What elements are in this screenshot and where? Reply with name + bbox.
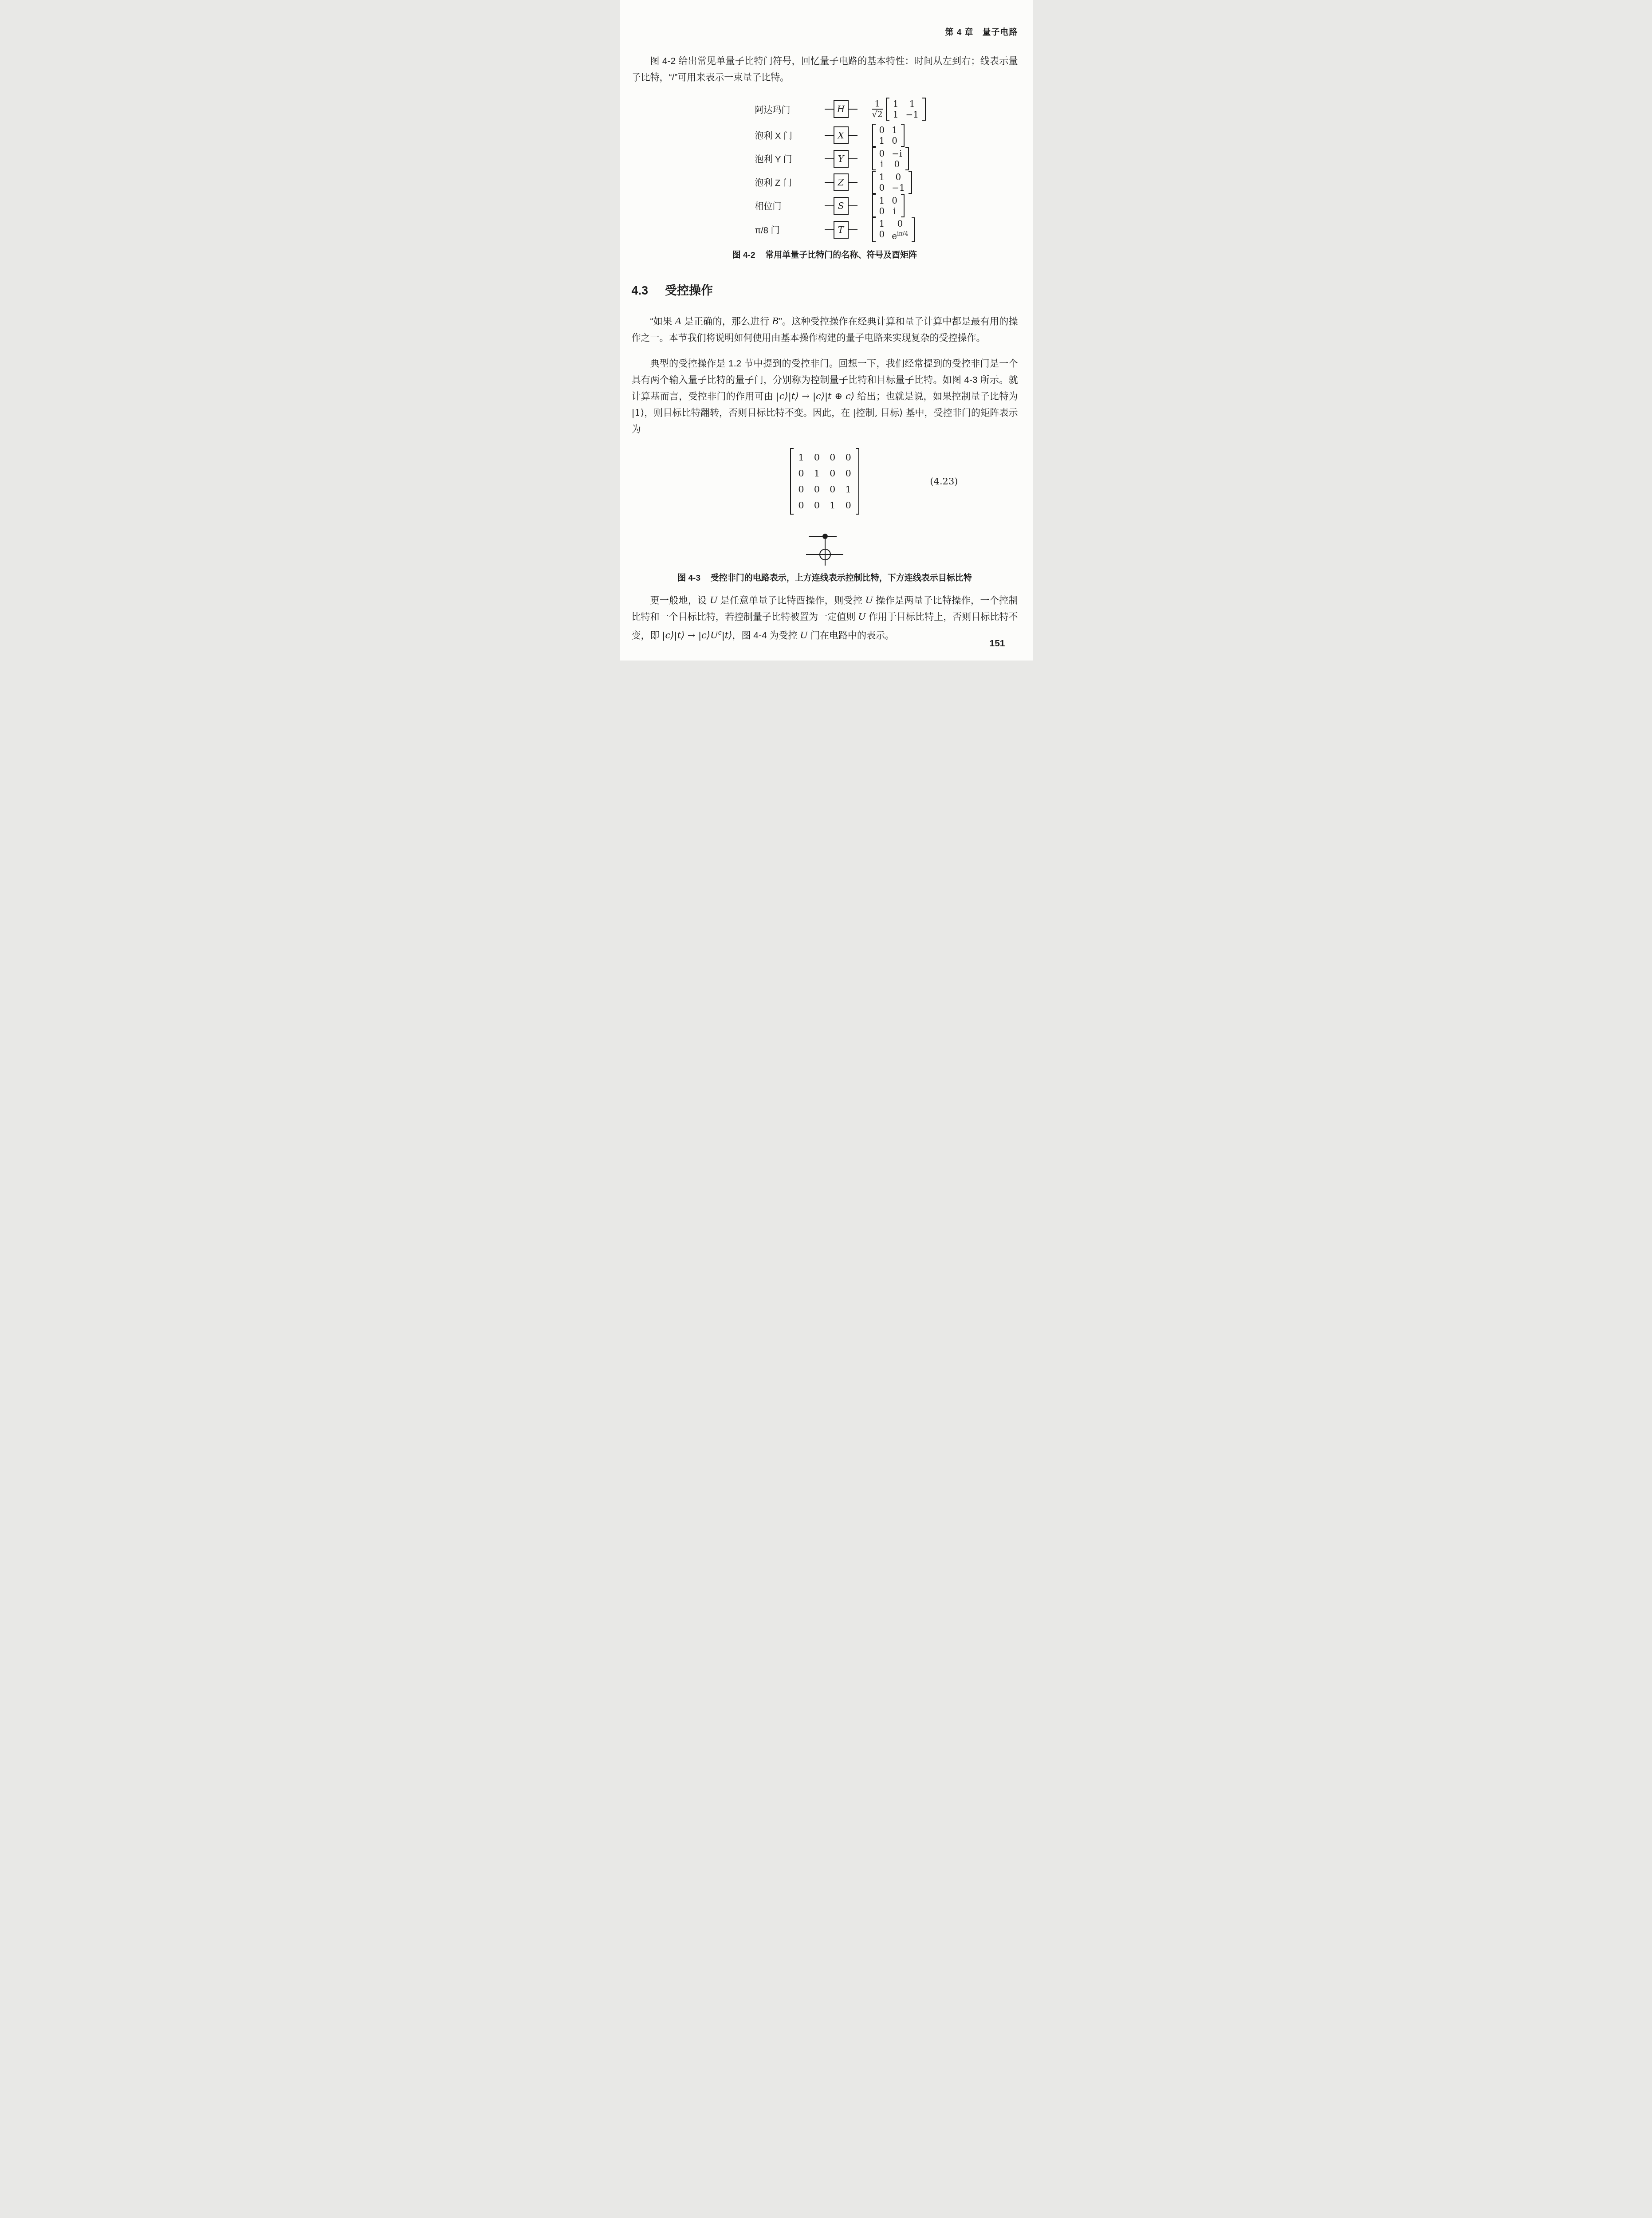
- matrix-entries: 10 0i: [876, 194, 901, 217]
- qubit-wire: [825, 205, 834, 206]
- section-number: 4.3: [632, 284, 649, 297]
- gate-box: X: [834, 126, 849, 144]
- pauli-x-gate-row: 泡利 X 门 X 01 10: [755, 123, 1018, 147]
- qubit-wire: [849, 158, 857, 159]
- matrix-brackets: 10 0−1: [872, 171, 912, 194]
- qubit-wire: [825, 109, 834, 110]
- cnot-matrix: 1000 0100 0001 0010: [790, 448, 859, 515]
- gate-name-label: 泡利 Y 门: [755, 152, 816, 165]
- equation-4-23: 1000 0100 0001 0010 (4.23): [632, 448, 1018, 515]
- paragraph-controlled-u: 更一般地，设 U 是任意单量子比特酉操作，则受控 U 操作是两量子比特操作，一个…: [632, 592, 1018, 644]
- figure-caption-text: 受控非门的电路表示，上方连线表示控制比特，下方连线表示目标比特: [711, 574, 972, 583]
- fraction-one-over-sqrt2: 1 √2: [872, 99, 883, 119]
- pauli-y-gate-symbol: Y: [816, 150, 866, 168]
- pauli-y-gate-row: 泡利 Y 门 Y 0−i i0: [755, 147, 1018, 170]
- matrix-entries: 01 10: [876, 124, 901, 147]
- exp-i-pi-over-4: eiπ/4: [892, 229, 908, 241]
- matrix-brackets: 10 0 eiπ/4: [872, 217, 916, 242]
- gate-matrix: 10 0−1: [872, 171, 912, 194]
- figure-4-3-caption: 图 4-3受控非门的电路表示，上方连线表示控制比特，下方连线表示目标比特: [632, 571, 1018, 583]
- t-gate-symbol: T: [816, 221, 866, 239]
- left-bracket: [872, 147, 876, 170]
- qubit-wire: [825, 158, 834, 159]
- gate-name-label: 泡利 X 门: [755, 129, 816, 142]
- gate-matrix: 0−i i0: [872, 147, 909, 170]
- qubit-wire: [849, 109, 857, 110]
- section-heading-4-3: 4.3受控操作: [632, 281, 1018, 298]
- gate-matrix: 10 0 eiπ/4: [872, 217, 916, 242]
- running-head: 第 4 章 量子电路: [632, 26, 1018, 38]
- intro-paragraph: 图 4-2 给出常见单量子比特门符号，回忆量子电路的基本特性：时间从左到右；线表…: [632, 53, 1018, 86]
- matrix-entries: 10 0−1: [876, 171, 909, 194]
- gate-box: H: [834, 100, 849, 118]
- gate-name-label: 相位门: [755, 199, 816, 212]
- figure-4-2-gate-table: 阿达玛门 H 1 √2 11 1−1 泡利 X: [755, 95, 1018, 242]
- left-bracket: [872, 171, 876, 194]
- gate-matrix: 1 √2 11 1−1: [872, 98, 926, 121]
- equation-number: (4.23): [930, 476, 958, 487]
- gate-name-label: π/8 门: [755, 223, 816, 236]
- hadamard-gate-row: 阿达玛门 H 1 √2 11 1−1: [755, 95, 1018, 123]
- pauli-x-gate-symbol: X: [816, 126, 866, 144]
- phase-gate-row: 相位门 S 10 0i: [755, 194, 1018, 217]
- qubit-wire: [849, 182, 857, 183]
- book-page: 第 4 章 量子电路 图 4-2 给出常见单量子比特门符号，回忆量子电路的基本特…: [620, 0, 1033, 661]
- right-bracket: [922, 98, 926, 121]
- matrix-brackets: 11 1−1: [886, 98, 926, 121]
- matrix-entries: 10 0 eiπ/4: [876, 217, 912, 242]
- figure-label: 图 4-2: [732, 251, 755, 260]
- figure-4-3-cnot-circuit: [632, 532, 1018, 567]
- cnot-target-xor-circle: [819, 549, 831, 560]
- gate-name-label: 泡利 Z 门: [755, 176, 816, 189]
- left-bracket: [872, 194, 876, 217]
- section-title: 受控操作: [665, 284, 713, 297]
- pauli-z-gate-row: 泡利 Z 门 Z 10 0−1: [755, 170, 1018, 194]
- right-bracket: [905, 147, 909, 170]
- left-bracket: [872, 124, 876, 147]
- page-number: 151: [989, 638, 1005, 649]
- cnot-matrix-entries: 1000 0100 0001 0010: [794, 448, 856, 515]
- gate-box: Y: [834, 150, 849, 168]
- gate-matrix: 01 10: [872, 124, 905, 147]
- phase-gate-symbol: S: [816, 197, 866, 215]
- figure-label: 图 4-3: [677, 574, 700, 583]
- paragraph-controlled-ops-intro: “如果 A 是正确的，那么进行 B”。这种受控操作在经典计算和量子计算中都是最有…: [632, 313, 1018, 346]
- qubit-wire: [849, 135, 857, 136]
- gate-box: S: [834, 197, 849, 215]
- right-bracket: [912, 217, 915, 242]
- matrix-entries: 11 1−1: [889, 98, 922, 121]
- pauli-z-gate-symbol: Z: [816, 173, 866, 191]
- matrix-brackets: 01 10: [872, 124, 905, 147]
- paragraph-cnot-description: 典型的受控操作是 1.2 节中提到的受控非门。回想一下，我们经常提到的受控非门是…: [632, 355, 1018, 437]
- right-bracket: [901, 124, 905, 147]
- qubit-wire: [825, 182, 834, 183]
- left-bracket: [886, 98, 889, 121]
- gate-name-label: 阿达玛门: [755, 103, 816, 116]
- figure-caption-text: 常用单量子比特门的名称、符号及酉矩阵: [765, 251, 917, 260]
- right-bracket: [909, 171, 912, 194]
- qubit-wire: [825, 135, 834, 136]
- gate-matrix: 10 0i: [872, 194, 905, 217]
- left-bracket: [790, 448, 794, 515]
- matrix-brackets: 0−i i0: [872, 147, 909, 170]
- qubit-wire: [825, 229, 834, 230]
- gate-box: T: [834, 221, 849, 239]
- figure-4-2-caption: 图 4-2常用单量子比特门的名称、符号及酉矩阵: [632, 248, 1018, 260]
- hadamard-gate-symbol: H: [816, 100, 866, 118]
- left-bracket: [872, 217, 876, 242]
- pi-over-8-gate-row: π/8 门 T 10 0 eiπ/4: [755, 217, 1018, 242]
- right-bracket: [901, 194, 905, 217]
- cnot-control-dot: [822, 534, 828, 539]
- gate-box: Z: [834, 173, 849, 191]
- qubit-wire: [849, 229, 857, 230]
- qubit-wire: [849, 205, 857, 206]
- matrix-entries: 0−i i0: [876, 147, 906, 170]
- matrix-brackets: 10 0i: [872, 194, 905, 217]
- right-bracket: [856, 448, 859, 515]
